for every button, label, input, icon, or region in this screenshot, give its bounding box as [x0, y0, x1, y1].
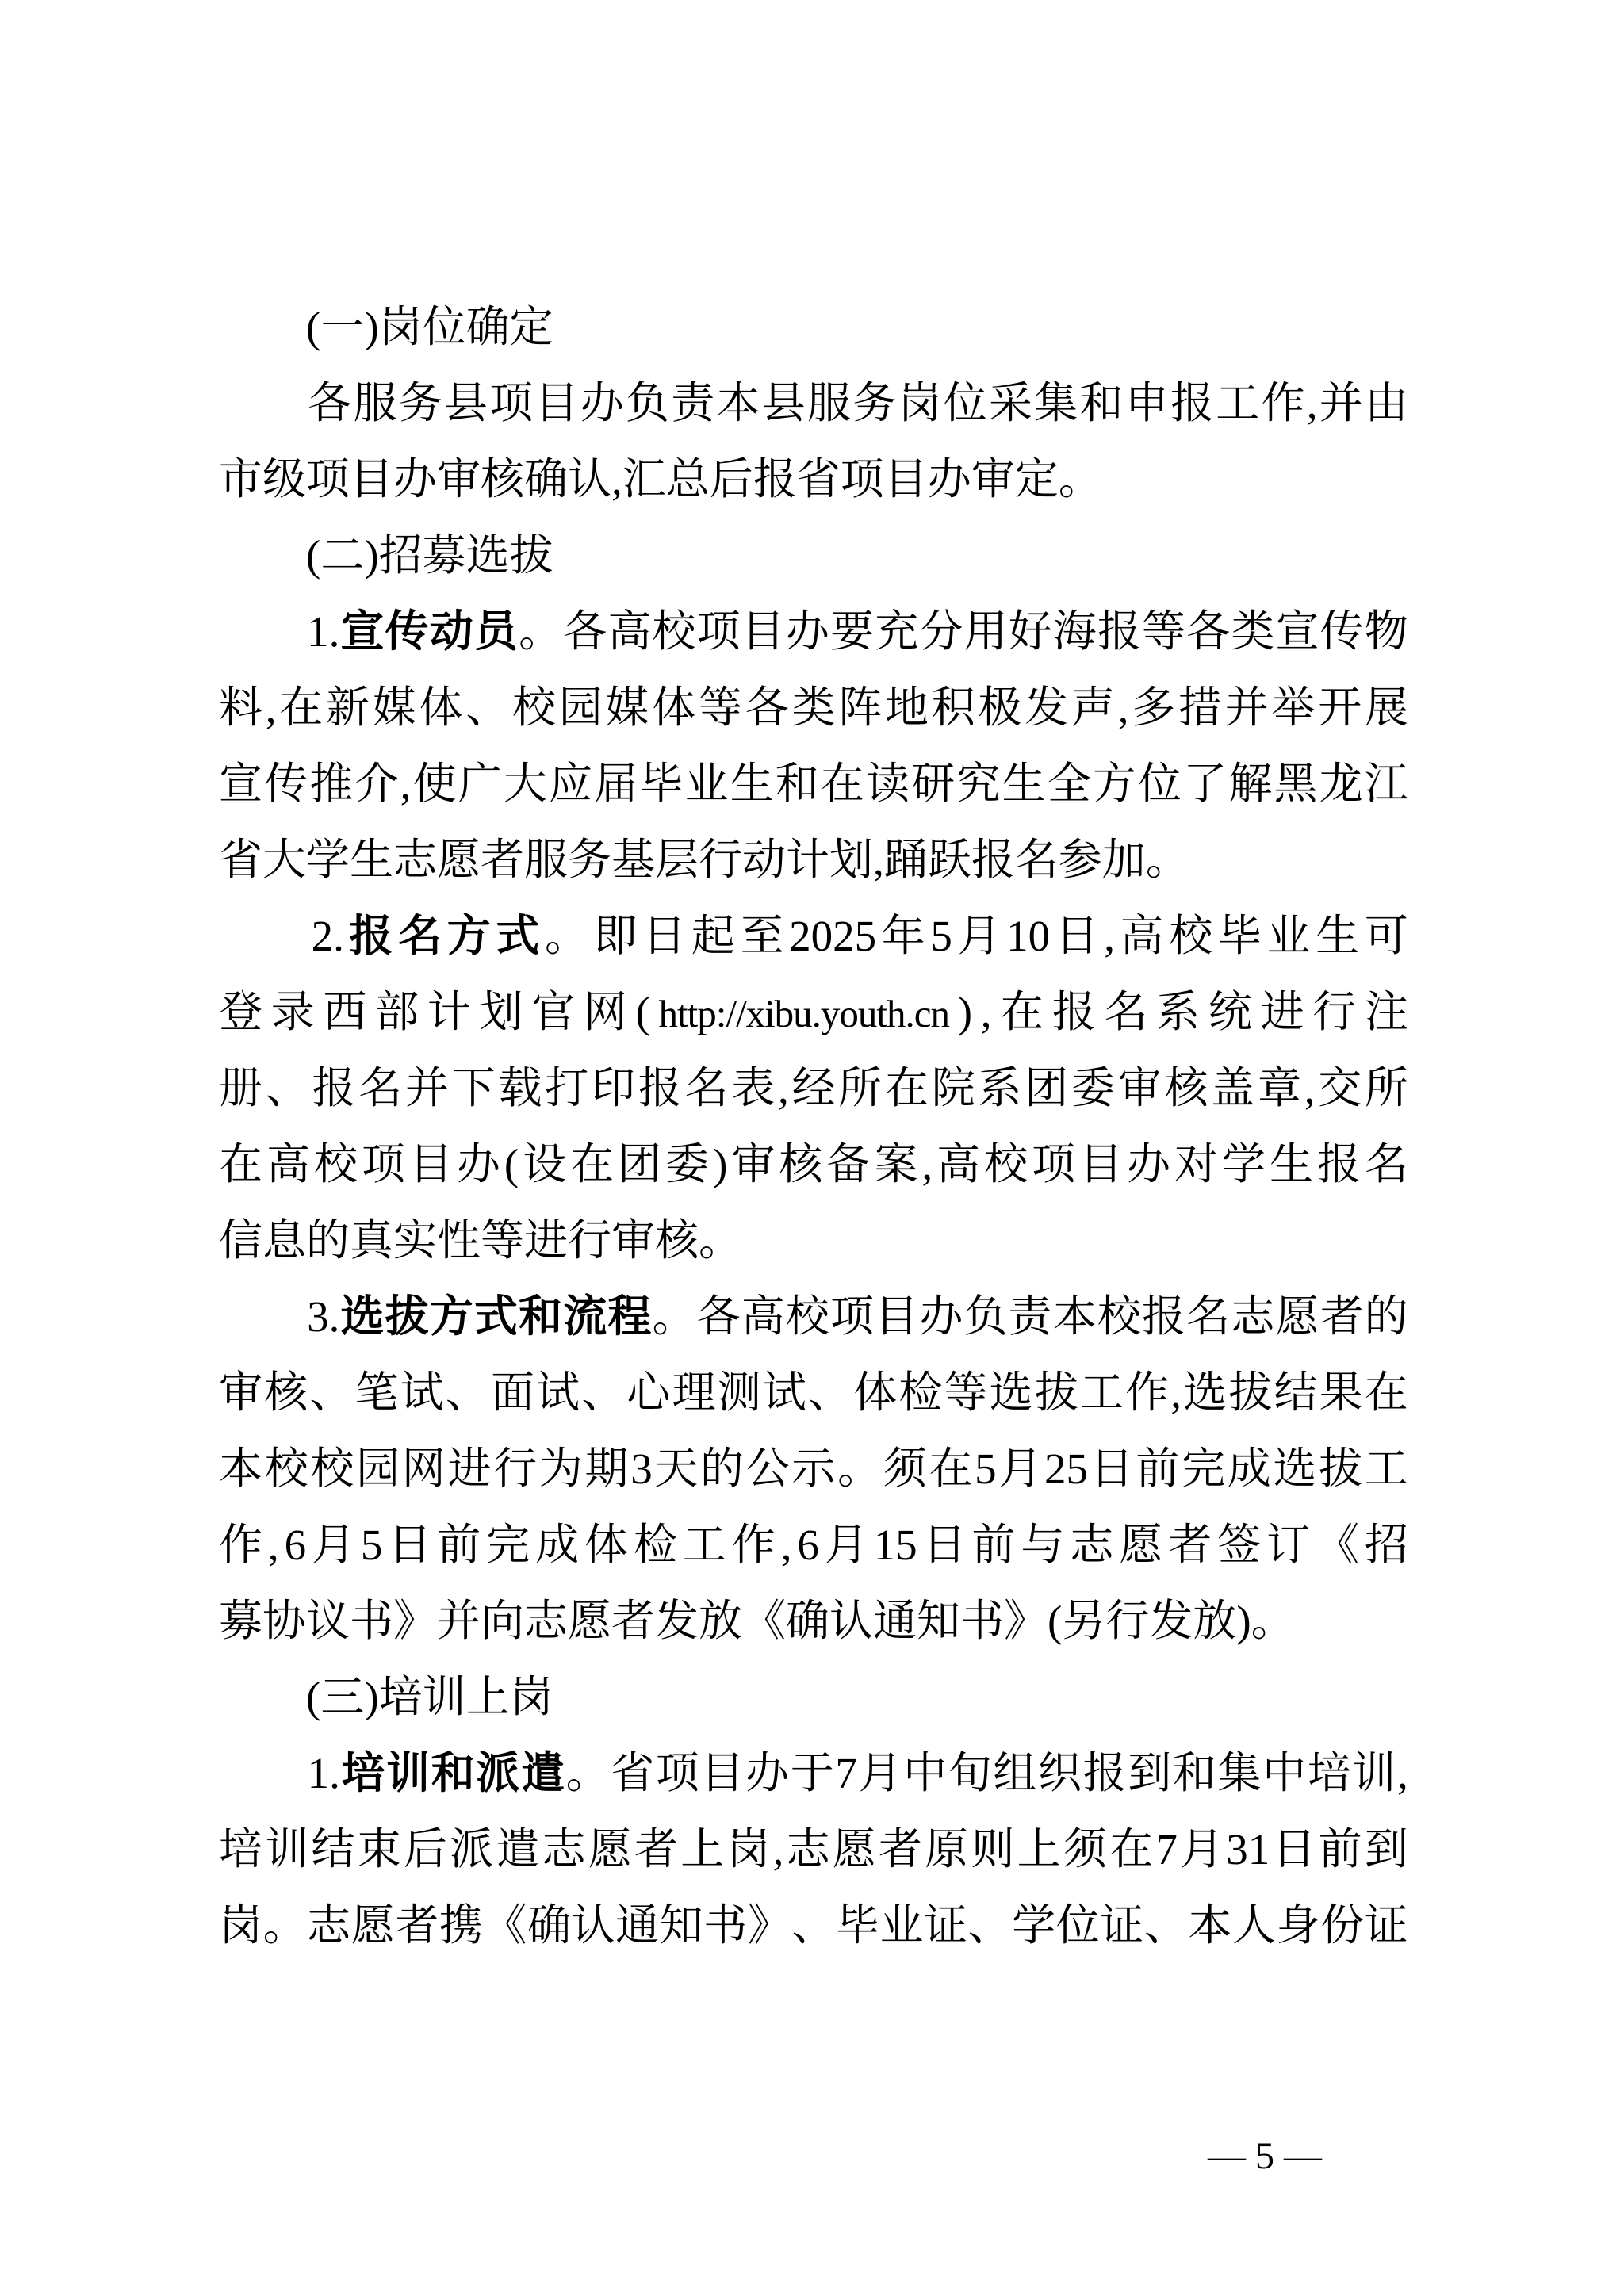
- body-text-line: 市级项目办审核确认,汇总后报省项目办审定。: [219, 442, 1408, 518]
- body-text-line: 信息的真实性等进行审核。: [219, 1203, 1408, 1279]
- body-text-line: 岗。志愿者携《确认通知书》、毕业证、学位证、本人身份证: [219, 1888, 1408, 1964]
- body-text-line: 审核、笔试、面试、心理测试、体检等选拔工作,选拔结果在: [219, 1355, 1408, 1431]
- body-text-line: 料,在新媒体、校园媒体等各类阵地积极发声,多措并举开展: [219, 670, 1408, 746]
- body-text-line: 1.培训和派遣。省项目办于7月中旬组织报到和集中培训,: [219, 1735, 1408, 1812]
- document-page: (一)岗位确定各服务县项目办负责本县服务岗位采集和申报工作,并由市级项目办审核确…: [0, 0, 1624, 2296]
- body-text-line: 1.宣传动员。各高校项目办要充分用好海报等各类宣传物: [219, 594, 1408, 670]
- body-text-line: 登录西部计划官网(http://xibu.youth.cn),在报名系统进行注: [219, 974, 1408, 1050]
- body-text-line: 册、报名并下载打印报名表,经所在院系团委审核盖章,交所: [219, 1050, 1408, 1127]
- body-text-line: 作,6月5日前完成体检工作,6月15日前与志愿者签订《招: [219, 1507, 1408, 1583]
- body-text-line: 3.选拔方式和流程。各高校项目办负责本校报名志愿者的: [219, 1279, 1408, 1355]
- section-heading: (三)培训上岗: [219, 1659, 1408, 1735]
- body-text-line: 募协议书》并向志愿者发放《确认通知书》(另行发放)。: [219, 1583, 1408, 1659]
- body-text-line: 2.报名方式。即日起至2025年5月10日,高校毕业生可: [219, 898, 1408, 974]
- body-text-line: 省大学生志愿者服务基层行动计划,踊跃报名参加。: [219, 822, 1408, 898]
- body-text-line: 培训结束后派遣志愿者上岗,志愿者原则上须在7月31日前到: [219, 1812, 1408, 1888]
- section-heading: (二)招募选拔: [219, 518, 1408, 594]
- body-text-line: 宣传推介,使广大应届毕业生和在读研究生全方位了解黑龙江: [219, 746, 1408, 822]
- document-body: (一)岗位确定各服务县项目办负责本县服务岗位采集和申报工作,并由市级项目办审核确…: [219, 289, 1408, 1964]
- body-text-line: 本校校园网进行为期3天的公示。须在5月25日前完成选拔工: [219, 1431, 1408, 1507]
- body-text-line: 在高校项目办(设在团委)审核备案,高校项目办对学生报名: [219, 1127, 1408, 1203]
- section-heading: (一)岗位确定: [219, 289, 1408, 365]
- page-number: — 5 —: [1170, 2133, 1360, 2180]
- body-text-line: 各服务县项目办负责本县服务岗位采集和申报工作,并由: [219, 365, 1408, 442]
